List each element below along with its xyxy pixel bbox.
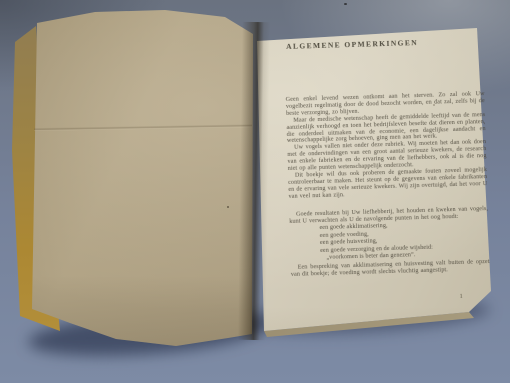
dust-speck <box>344 3 347 5</box>
photo-open-booklet: ALGEMENE OPMERKINGEN Geen enkel levend w… <box>0 0 510 383</box>
body-text: Geen enkel levend wezen ontkomt aan het … <box>286 91 490 279</box>
book-gutter-shadow <box>238 22 270 340</box>
paper-speck <box>433 104 435 106</box>
care-points-list: een goede akklimatisering, een goede voe… <box>289 220 489 263</box>
page-number: 1 <box>460 293 463 300</box>
paragraph-4: Dit boekje wil dus ook proberen de gemaa… <box>288 167 488 201</box>
paper-speck <box>227 206 229 208</box>
printed-text-block: ALGEMENE OPMERKINGEN Geen enkel levend w… <box>284 36 492 332</box>
